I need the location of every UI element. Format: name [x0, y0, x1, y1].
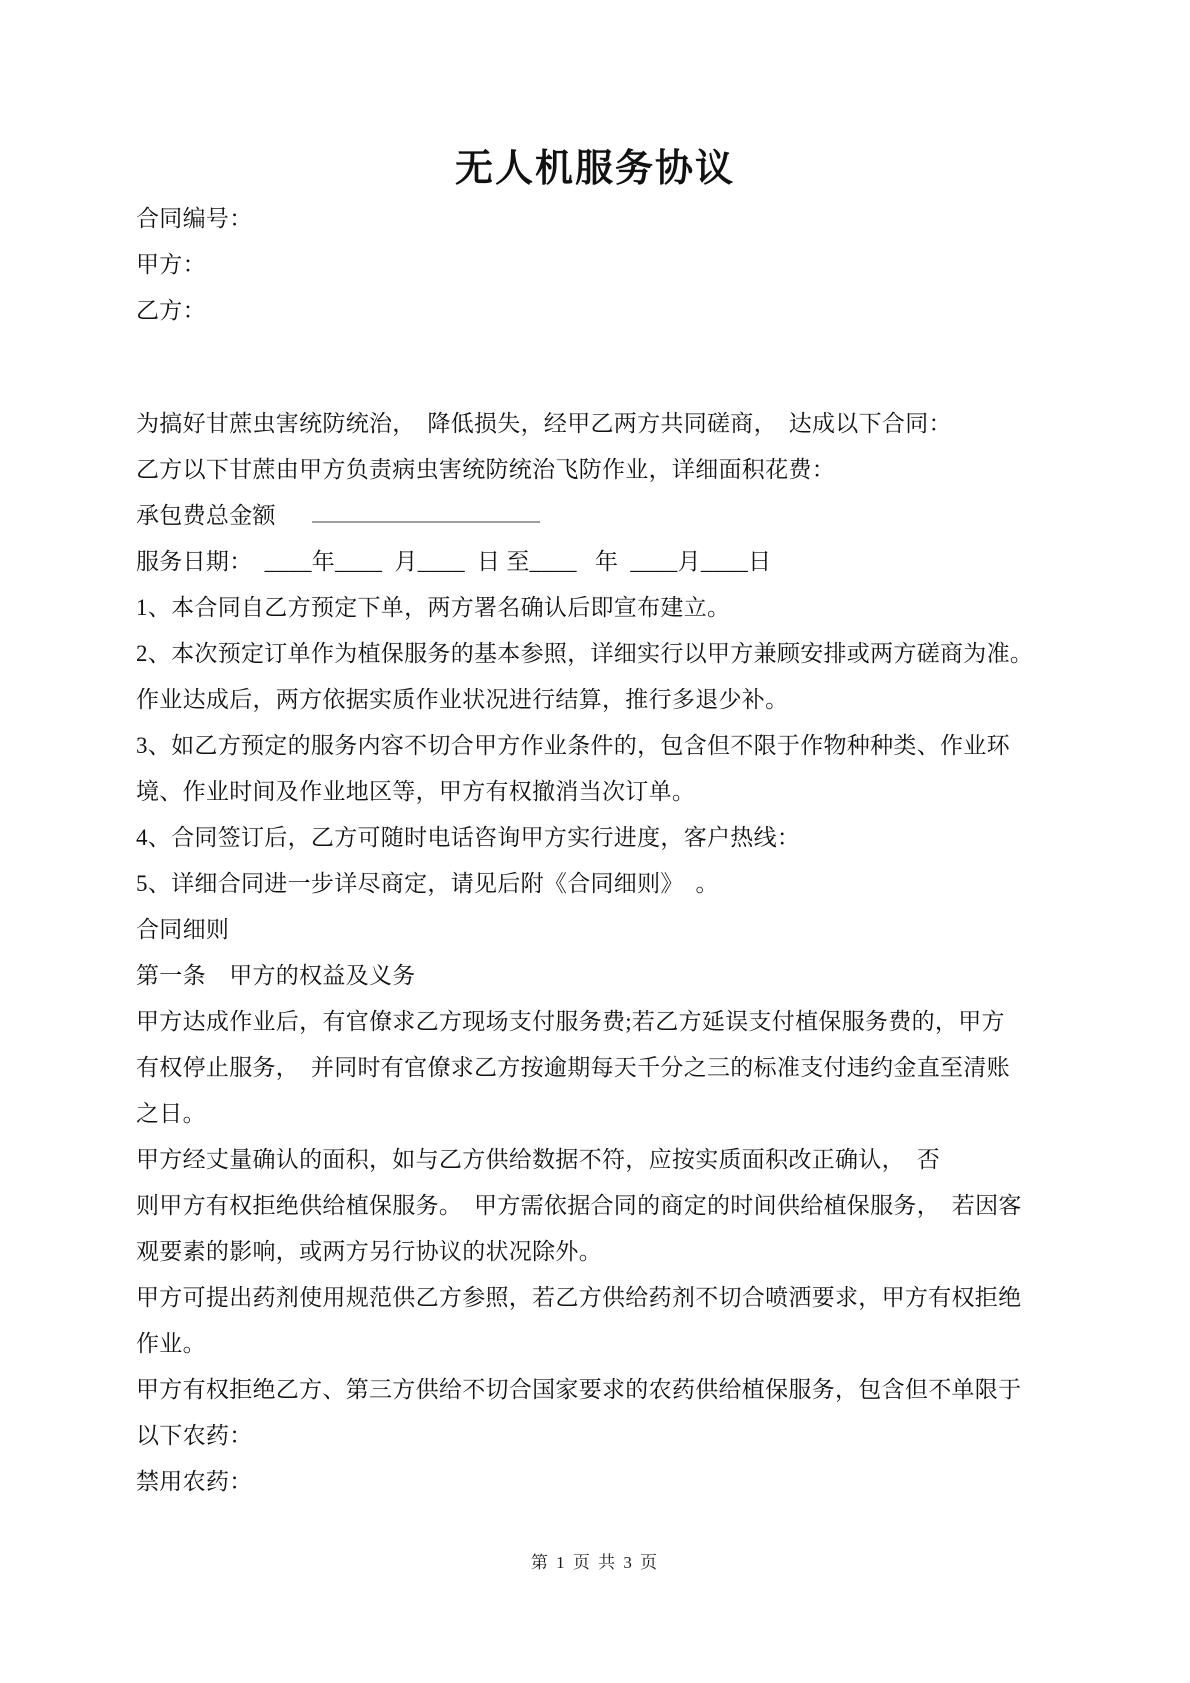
article-1-text-line: 甲方达成作业后，有官僚求乙方现场支付服务费;若乙方延误支付植保服务费的，甲方 [136, 999, 1066, 1045]
contract-amount-label: 承包费总金额 [136, 503, 276, 528]
article-1-text-line: 作业。 [136, 1321, 1066, 1367]
article-1-text-line: 有权停止服务， 并同时有官僚求乙方按逾期每天千分之三的标准支付违约金直至清账 [136, 1045, 1066, 1091]
pesticide-list-intro-line: 以下农药： [136, 1413, 1066, 1459]
service-date-line: 服务日期： ____年____ 月____ 日 至____ 年 ____月___… [136, 539, 1066, 585]
article-1-text-line: 甲方经丈量确认的面积，如与乙方供给数据不符，应按实质面积改正确认， 否 [136, 1137, 1066, 1183]
detail-rules-heading: 合同细则 [136, 907, 1066, 953]
contract-page: 无人机服务协议 合同编号： 甲方： 乙方： 为搞好甘蔗虫害统防统治， 降低损失，… [0, 0, 1190, 1683]
page-title-text: 无人机服务协议 [455, 148, 735, 190]
article-1-text-line: 甲方可提出药剂使用规范供乙方参照，若乙方供给药剂不切合喷洒要求，甲方有权拒绝 [136, 1275, 1066, 1321]
scope-line: 乙方以下甘蔗由甲方负责病虫害统防统治飞防作业，详细面积花费： [136, 447, 1066, 493]
page-number-footer: 第 1 页 共 3 页 [0, 1550, 1190, 1576]
contract-body: 合同编号： 甲方： 乙方： 为搞好甘蔗虫害统防统治， 降低损失，经甲乙两方共同磋… [0, 194, 1190, 1505]
clause-5-line: 5、详细合同进一步详尽商定，请见后附《合同细则》 。 [136, 861, 1066, 907]
article-1-text-line: 甲方有权拒绝乙方、第三方供给不切合国家要求的农药供给植保服务，包含但不单限于 [136, 1367, 1066, 1413]
banned-pesticide-line: 禁用农药： [136, 1459, 1066, 1505]
blank-line-gap [136, 334, 1066, 401]
clause-2-line: 2、本次预定订单作为植保服务的基本参照，详细实行以甲方兼顾安排或两方磋商为准。 [136, 631, 1066, 677]
clause-4-line: 4、合同签订后，乙方可随时电话咨询甲方实行进度，客户热线： [136, 815, 1066, 861]
clause-2-continued-line: 作业达成后，两方依据实质作业状况进行结算，推行多退少补。 [136, 677, 1066, 723]
article-1-heading: 第一条 甲方的权益及义务 [136, 953, 1066, 999]
preamble-line: 为搞好甘蔗虫害统防统治， 降低损失，经甲乙两方共同磋商， 达成以下合同： [136, 401, 1066, 447]
party-b-line: 乙方： [136, 288, 1066, 334]
page-title: 无人机服务协议 [0, 0, 1190, 194]
contract-amount-line: 承包费总金额 [136, 493, 1066, 539]
clause-1-line: 1、本合同自乙方预定下单，两方署名确认后即宣布建立。 [136, 585, 1066, 631]
article-1-text-line: 则甲方有权拒绝供给植保服务。 甲方需依据合同的商定的时间供给植保服务， 若因客 [136, 1183, 1066, 1229]
clause-3-continued-line: 境、作业时间及作业地区等，甲方有权撤消当次订单。 [136, 769, 1066, 815]
amount-fill-blank [312, 501, 540, 523]
contract-number-line: 合同编号： [136, 196, 1066, 242]
article-1-text-line: 观要素的影响，或两方另行协议的状况除外。 [136, 1229, 1066, 1275]
article-1-text-line: 之日。 [136, 1091, 1066, 1137]
party-a-line: 甲方： [136, 242, 1066, 288]
clause-3-line: 3、如乙方预定的服务内容不切合甲方作业条件的，包含但不限于作物种种类、作业环 [136, 723, 1066, 769]
